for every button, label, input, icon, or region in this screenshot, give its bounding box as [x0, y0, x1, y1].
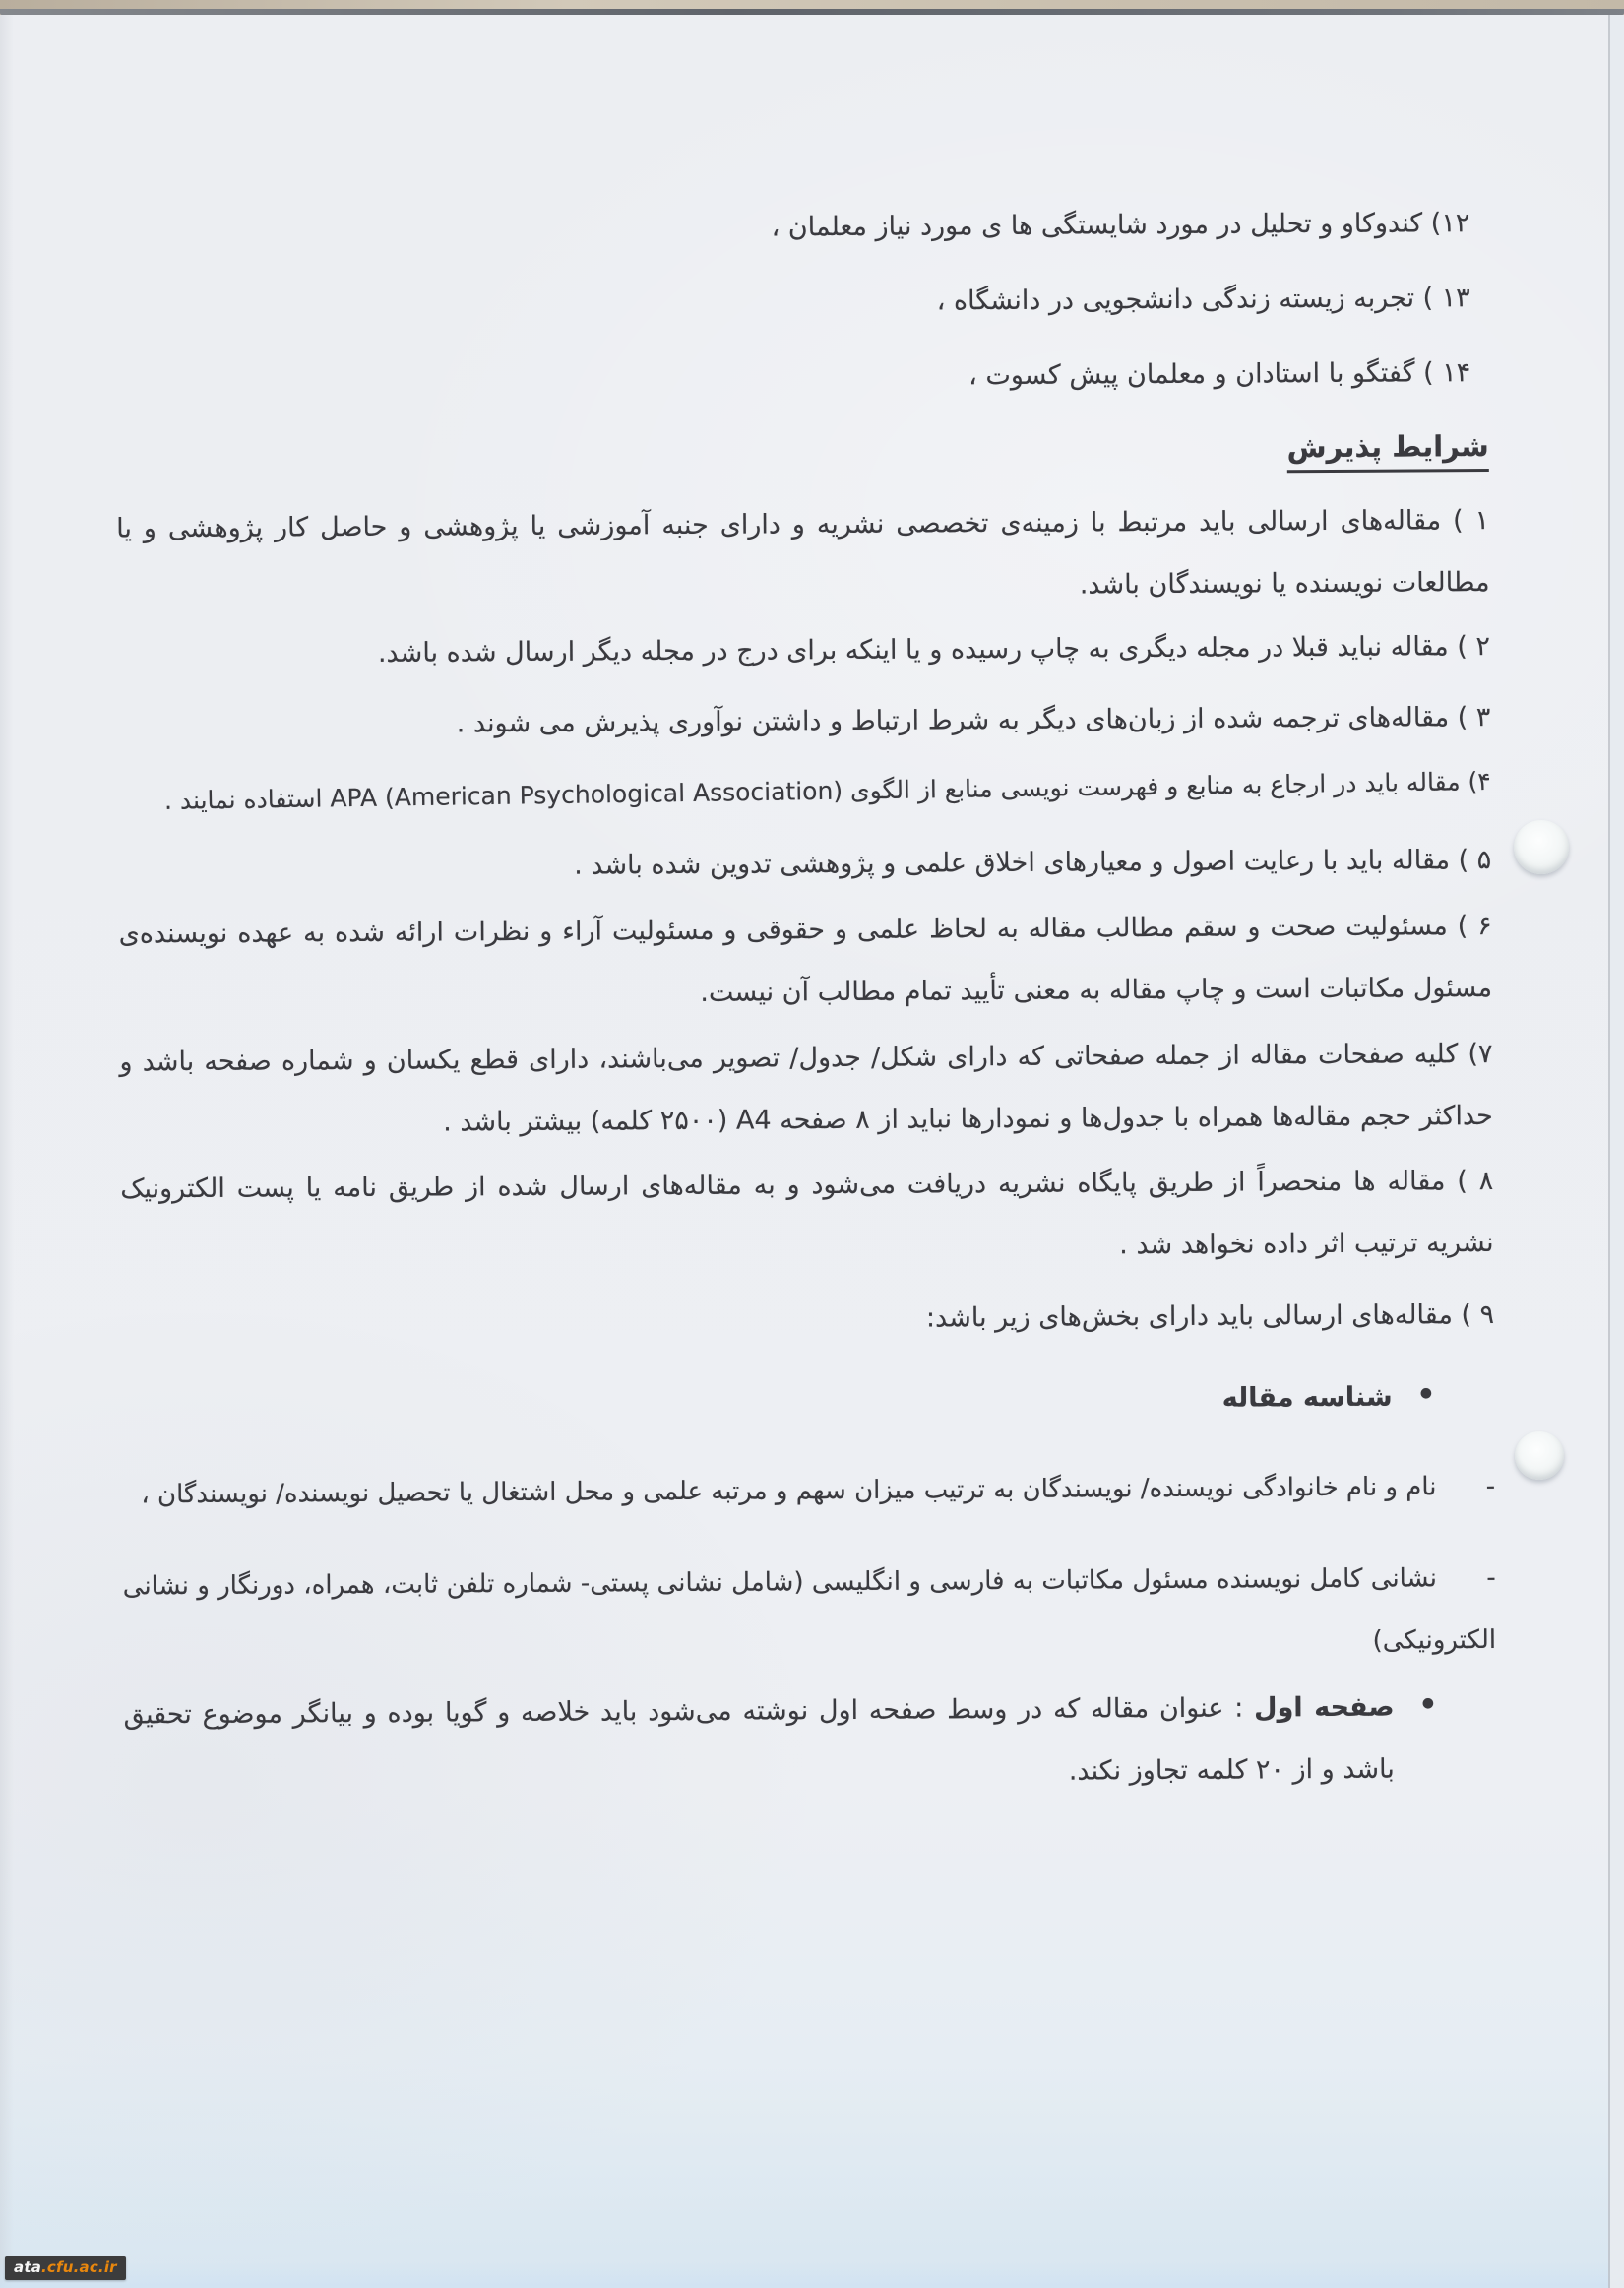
rule-item-3: ۳ ) مقاله‌های ترجمه شده از زبان‌های دیگر… — [117, 686, 1490, 757]
rule-item-4: ۴) مقاله باید در ارجاع به منابع و فهرست … — [117, 750, 1491, 833]
section-heading-wrap: شرایط پذیرش — [116, 426, 1489, 475]
list-item-14: ۱۴ ) گفتگو با استادان و معلمان پیش کسوت … — [115, 351, 1470, 403]
rule-item-2: ۲ ) مقاله نباید قبلا در مجله دیگری به چا… — [117, 615, 1490, 686]
rule-item-9: ۹ ) مقاله‌های ارسالی باید دارای بخش‌های … — [121, 1284, 1494, 1355]
list-item-12: ۱۲) کندوکاو و تحلیل در مورد شایستگی ها ی… — [114, 202, 1469, 253]
dash-marker-icon: - — [1486, 1563, 1496, 1593]
bullet-text: عنوان مقاله که در وسط صفحه اول نوشته می‌… — [123, 1693, 1395, 1787]
section-heading: شرایط پذیرش — [1286, 429, 1488, 473]
punch-hole — [1514, 820, 1569, 874]
dash-item-text: نام و نام خانوادگی نویسنده/ نویسندگان به… — [141, 1472, 1436, 1509]
dash-item-address: - نشانی کامل نویسنده مسئول مکاتبات به فا… — [123, 1548, 1497, 1681]
dash-item-authors: - نام و نام خانوادگی نویسنده/ نویسندگان … — [122, 1456, 1495, 1527]
scanned-document-page: ۱۲) کندوکاو و تحلیل در مورد شایستگی ها ی… — [0, 0, 1624, 2288]
dash-marker-icon: - — [1486, 1472, 1496, 1501]
page-bottom-shade — [0, 2262, 1624, 2288]
watermark-prefix: ata — [14, 2258, 41, 2276]
rule-item-6: ۶ ) مسئولیت صحت و سقم مطالب مقاله به لحا… — [118, 895, 1492, 1028]
dash-item-text: نشانی کامل نویسنده مسئول مکاتبات به فارس… — [123, 1563, 1497, 1655]
bullet-separator: : — [1223, 1692, 1254, 1723]
bullet-title: شناسه مقاله — [1222, 1382, 1393, 1414]
site-watermark: ata.cfu.ac.ir — [5, 2256, 126, 2280]
scan-background-right — [1610, 15, 1624, 2288]
paper-sheet: ۱۲) کندوکاو و تحلیل در مورد شایستگی ها ی… — [0, 15, 1624, 2288]
rule-item-5: ۵ ) مقاله باید با رعایت اصول و معیارهای … — [118, 829, 1491, 900]
bullet-marker-icon: • — [1418, 1674, 1438, 1736]
bullet-item-article-id: • شناسه مقاله — [121, 1366, 1494, 1436]
scanner-bed-edge — [0, 0, 1624, 9]
rule-item-8: ۸ ) مقاله ها منحصراً از طریق پایگاه نشری… — [120, 1150, 1494, 1283]
list-item-13: ۱۳ ) تجربه زیسته زندگی دانشجویی در دانشگ… — [115, 277, 1470, 328]
bullet-marker-icon: • — [1416, 1364, 1436, 1426]
document-content: ۱۲) کندوکاو و تحلیل در مورد شایستگی ها ی… — [113, 15, 1497, 1808]
bullet-item-first-page: • صفحه اول : عنوان مقاله که در وسط صفحه … — [123, 1676, 1497, 1809]
rule-item-1: ۱ ) مقاله‌های ارسالی باید مرتبط با زمینه… — [116, 489, 1490, 622]
bullet-title: صفحه اول — [1254, 1692, 1395, 1724]
watermark-suffix: .cfu.ac.ir — [41, 2258, 117, 2276]
punch-hole — [1515, 1431, 1564, 1480]
rule-item-7: ۷) کلیه صفحات مقاله از جمله صفحاتی که دا… — [119, 1023, 1493, 1156]
